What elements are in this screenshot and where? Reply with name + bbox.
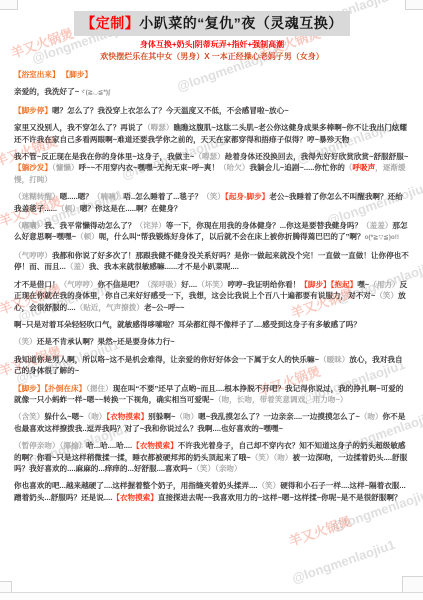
action-tag: 【脚步】 xyxy=(14,384,44,393)
dialogue-text: 老~公~呼~~ xyxy=(144,303,185,312)
dialogue-text: 你也喜欢的吧...越来越硬了....这样握着整个奶子，用指缝夹着奶头揉弄.... xyxy=(14,481,257,490)
stage-direction: （笑） xyxy=(202,192,225,201)
script-paragraph: 你也喜欢的吧...越来越硬了....这样握着整个奶子，用指缝夹着奶头揉弄....… xyxy=(14,480,410,503)
script-paragraph: 才不是借口！（气哼哼）你不信是吧？（深呼吸）好....（坏笑）哼哼~我证明给你看… xyxy=(14,279,410,313)
page-title: 【定制】小趴菜的“复仇”夜（灵魂互换） xyxy=(74,11,350,36)
title-row: 【定制】小趴菜的“复仇”夜（灵魂互换） xyxy=(14,11,410,36)
stage-direction: （用力） xyxy=(369,280,399,289)
script-paragraph: 亲爱的，我洗好了~ヾ(≧◡≦*)ʃ xyxy=(14,86,410,98)
dialogue-text: 家里又没别人，我不穿怎么了？再说了 xyxy=(14,123,143,132)
script-paragraph: （嘟囔）我、我平常懒得动怎么了？（诧异）等一下，你现在用我的身体健身？...你这… xyxy=(14,220,410,244)
stage-direction: （迷糊转醒） xyxy=(14,192,60,201)
stage-direction: （顿） xyxy=(76,232,99,241)
stage-direction: （慵懒） xyxy=(52,163,79,172)
stage-direction: （笑） xyxy=(192,464,215,473)
stage-direction: （笑） xyxy=(251,453,274,462)
script-paragraph: 啊~只是对着耳朵轻轻吹口气，就敏感得哆嗦啦？耳朵都红得不像样子了....感受到这… xyxy=(14,319,410,330)
dialogue-text: 唔..怎么睡着了...毯子？ xyxy=(123,192,202,201)
stage-direction: （坏笑） xyxy=(197,280,227,289)
document-page: 【定制】小趴菜的“复仇”夜（灵魂互换） 身体互换+奶头|阴蒂玩弄+指奸+强制高潮… xyxy=(0,0,423,600)
script-paragraph: （气哼哼）我都和你说了好多次了！那跟我健不健身没关系好吗？是你一做起来就没个完！… xyxy=(14,250,410,273)
script-paragraph: （含笑）躲什么~嗯~（吻）【衣物摸索】别躲啊~（吻）嗯~我乱摸怎么了？一边亲亲.… xyxy=(14,411,410,434)
dialogue-text: 我躺会儿~追剧~.....你忙你的 xyxy=(249,163,344,172)
stage-direction: （含笑） xyxy=(14,412,44,421)
script-paragraph: （暂停亲吻）（揶揄）哈...哈....哈....【衣物摸索】不许我光着身子，自己… xyxy=(14,440,410,474)
script-paragraph: 我不管~反正现在是我在你的身体里~这身子，我做主~（嘚瑟）趁着身体还没换回去，我… xyxy=(14,151,410,185)
dialogue-text: 哈...哈....哈.... xyxy=(86,441,132,450)
dialogue-text: 嘿~ xyxy=(357,280,369,289)
action-tag: 【脚步】 xyxy=(62,70,92,79)
stage-direction: （吻） xyxy=(84,412,107,421)
page-title-text: 小趴菜的“复仇”夜（灵魂互换） xyxy=(139,15,343,31)
stage-direction: （笑） xyxy=(14,337,37,346)
stage-direction: （吻，长吻，带着笑意调戏，用力吻~） xyxy=(214,395,348,404)
dialogue-text: 好.... xyxy=(181,280,197,289)
watermark: 羊又火锅煲 xyxy=(286,511,354,550)
dialogue-text: 趁着身体还没换回去，我得先好好欣赏欣赏~舒服舒服~ xyxy=(225,152,409,161)
dialogue-text: 我知道你是男人啊，所以咯~这不是机会难得，让亲爱的你好好体会一下属于女人的快乐嘛… xyxy=(14,355,319,364)
dialogue-text: 才不是借口！ xyxy=(14,280,60,289)
dialogue-text: 嗯~我乱摸怎么了？一边亲亲....一边摸摸怎么了~ xyxy=(198,412,360,421)
emoticon: ヾ(≧◡≦*)ʃ xyxy=(79,89,110,96)
page-break-line xyxy=(0,592,423,600)
script-content: 【定制】小趴菜的“复仇”夜（灵魂互换） 身体互换+奶头|阴蒂玩弄+指奸+强制高潮… xyxy=(14,11,410,509)
stage-direction: （嘟囔） xyxy=(14,221,44,230)
stage-direction: （喃喃） xyxy=(93,192,123,201)
subtitle-kinks: 身体互换+奶头|阴蒂玩弄+指奸+强制高潮 xyxy=(14,39,410,50)
page-corner-top-right xyxy=(405,0,423,10)
dialogue-text: 嗯？怎么了？我没穿上衣怎么了？今天温度又不低，不会感冒啦~放心~ xyxy=(52,106,289,115)
stage-direction: （摁住） xyxy=(86,384,113,393)
page-corner-top-left xyxy=(0,0,18,10)
dialogue-text: 躲什么~嗯~ xyxy=(44,412,83,421)
stage-direction: （吻） xyxy=(273,453,292,462)
dialogue-text: 哼哼~我证明给你看！ xyxy=(227,280,300,289)
script-body: 【浴室出来】 【脚步】亲爱的，我洗好了~ヾ(≧◡≦*)ʃ【脚步停】嗯？怎么了？我… xyxy=(14,69,410,503)
stage-direction: （吻） xyxy=(360,412,383,421)
script-paragraph: 【脚步停】嗯？怎么了？我没穿上衣怎么了？今天温度又不低，不会感冒啦~放心~ xyxy=(14,105,410,116)
action-tag: 【脚步】【抱起】 xyxy=(300,280,357,289)
action-tag: 【浴室出来】 xyxy=(14,70,60,79)
script-paragraph: 家里又没别人，我不穿怎么了？再说了（嘚瑟）瞧瞧这腹肌~这肱二头肌~老公你这健身成… xyxy=(14,122,410,145)
stage-direction: （贴近，气声撩拨） xyxy=(76,303,144,312)
stage-direction: （气哼哼） xyxy=(14,251,52,260)
dialogue-text: 呃，什么叫“帮我锻炼好身体了，以后就不会在床上被你折腾得蔫巴巴的了”啊？ xyxy=(99,232,365,241)
subtitle-pairing: 欢快摆烂乐在其中女（男身）X 一本正经操心老妈子男（女身） xyxy=(14,51,410,62)
action-tag: 【衣物摸索】 xyxy=(106,412,148,421)
stage-direction: （嘚瑟） xyxy=(143,123,173,132)
stage-direction: （深呼吸） xyxy=(143,280,181,289)
dialogue-text: 我不管~反正现在是我在你的身体里~这身子，我做主~ xyxy=(14,152,194,161)
dialogue-text: 啊~只是对着耳朵轻轻吹口气，就敏感得哆嗦啦？耳朵都红得不像样子了....感受到这… xyxy=(14,320,361,329)
dialogue-text: 你不信是吧？ xyxy=(98,280,144,289)
dialogue-text: 嗯？你这是在.....啊？在健身？ xyxy=(80,204,182,213)
action-tag: 【躺沙发】 xyxy=(14,163,52,172)
stage-direction: （羞羞） xyxy=(362,221,392,230)
dialogue-text: 亲爱的，我洗好了~ xyxy=(14,87,79,96)
stage-direction: （哈欠） xyxy=(219,163,249,172)
action-tag: 【扑倒在床】 xyxy=(44,384,86,393)
stage-direction: （羞） xyxy=(66,262,89,271)
script-paragraph: 【脚步】【扑倒在床】（摁住）现在叫“不要”还早了点哟~而且....根本挣脱不开吧… xyxy=(14,383,410,406)
stage-direction: （亲吻） xyxy=(215,464,242,473)
dialogue-text: 我、我平常懒得动怎么了？ xyxy=(44,221,135,230)
dialogue-text: 嗯.....嗯？ xyxy=(60,192,93,201)
watermark: @longmenlaojiu1 xyxy=(290,537,397,586)
stage-direction: （揶揄） xyxy=(60,441,87,450)
stage-direction: （嘚瑟） xyxy=(194,152,224,161)
stage-direction: （笑） xyxy=(375,291,398,300)
emoticon: o(*≧▽≦)o!! xyxy=(365,234,399,241)
script-paragraph: （迷糊转醒）嗯.....嗯？（喃喃）唔..怎么睡着了...毯子？（笑）【起身-脚… xyxy=(14,191,410,214)
action-tag: 【衣物摸索】 xyxy=(112,493,158,502)
custom-order-tag: 【定制】 xyxy=(81,15,139,31)
dialogue-text: 呼~~不用穿内衣~嘿嘿~无拘无束~呼~爽！ xyxy=(79,163,220,172)
sound-direction: 呼吸声 xyxy=(352,163,375,172)
script-paragraph: （笑）还是不肯承认啊？果然~还是要身体力行~ xyxy=(14,336,410,347)
dialogue-text: 直接探进去呢~~我喜欢用力的~这样~嗯~这样揉~你呢~是不是很舒服啊？ xyxy=(158,493,402,502)
dialogue-text: 等一下，你现在用我的身体健身？...你这是要替我健身吗？ xyxy=(166,221,362,230)
script-paragraph: 我知道你是男人啊，所以咯~这不是机会难得，让亲爱的你好好体会一下属于女人的快乐嘛… xyxy=(14,354,410,377)
stage-direction: （气哼哼） xyxy=(60,280,98,289)
stage-direction: （暂停亲吻） xyxy=(14,441,60,450)
action-tag: 【衣物摸索】 xyxy=(132,441,178,450)
stage-direction: （吻） xyxy=(175,412,198,421)
dialogue-text: 还是不肯承认啊？果然~还是要身体力行~ xyxy=(37,337,175,346)
stage-direction: （笑） xyxy=(257,481,280,490)
stage-direction: （诧异） xyxy=(136,221,166,230)
stage-direction: （暧昧） xyxy=(319,355,349,364)
dialogue-text: 我、我本来就很敏感嘛......才不是小趴菜呢.... xyxy=(89,262,239,271)
stage-direction: （顿） xyxy=(57,204,80,213)
script-paragraph: 【浴室出来】 【脚步】 xyxy=(14,69,410,80)
action-tag: 【起身-脚步】 xyxy=(225,192,269,201)
action-tag: 【脚步停】 xyxy=(14,106,52,115)
dialogue-text: 别躲啊~ xyxy=(148,412,175,421)
